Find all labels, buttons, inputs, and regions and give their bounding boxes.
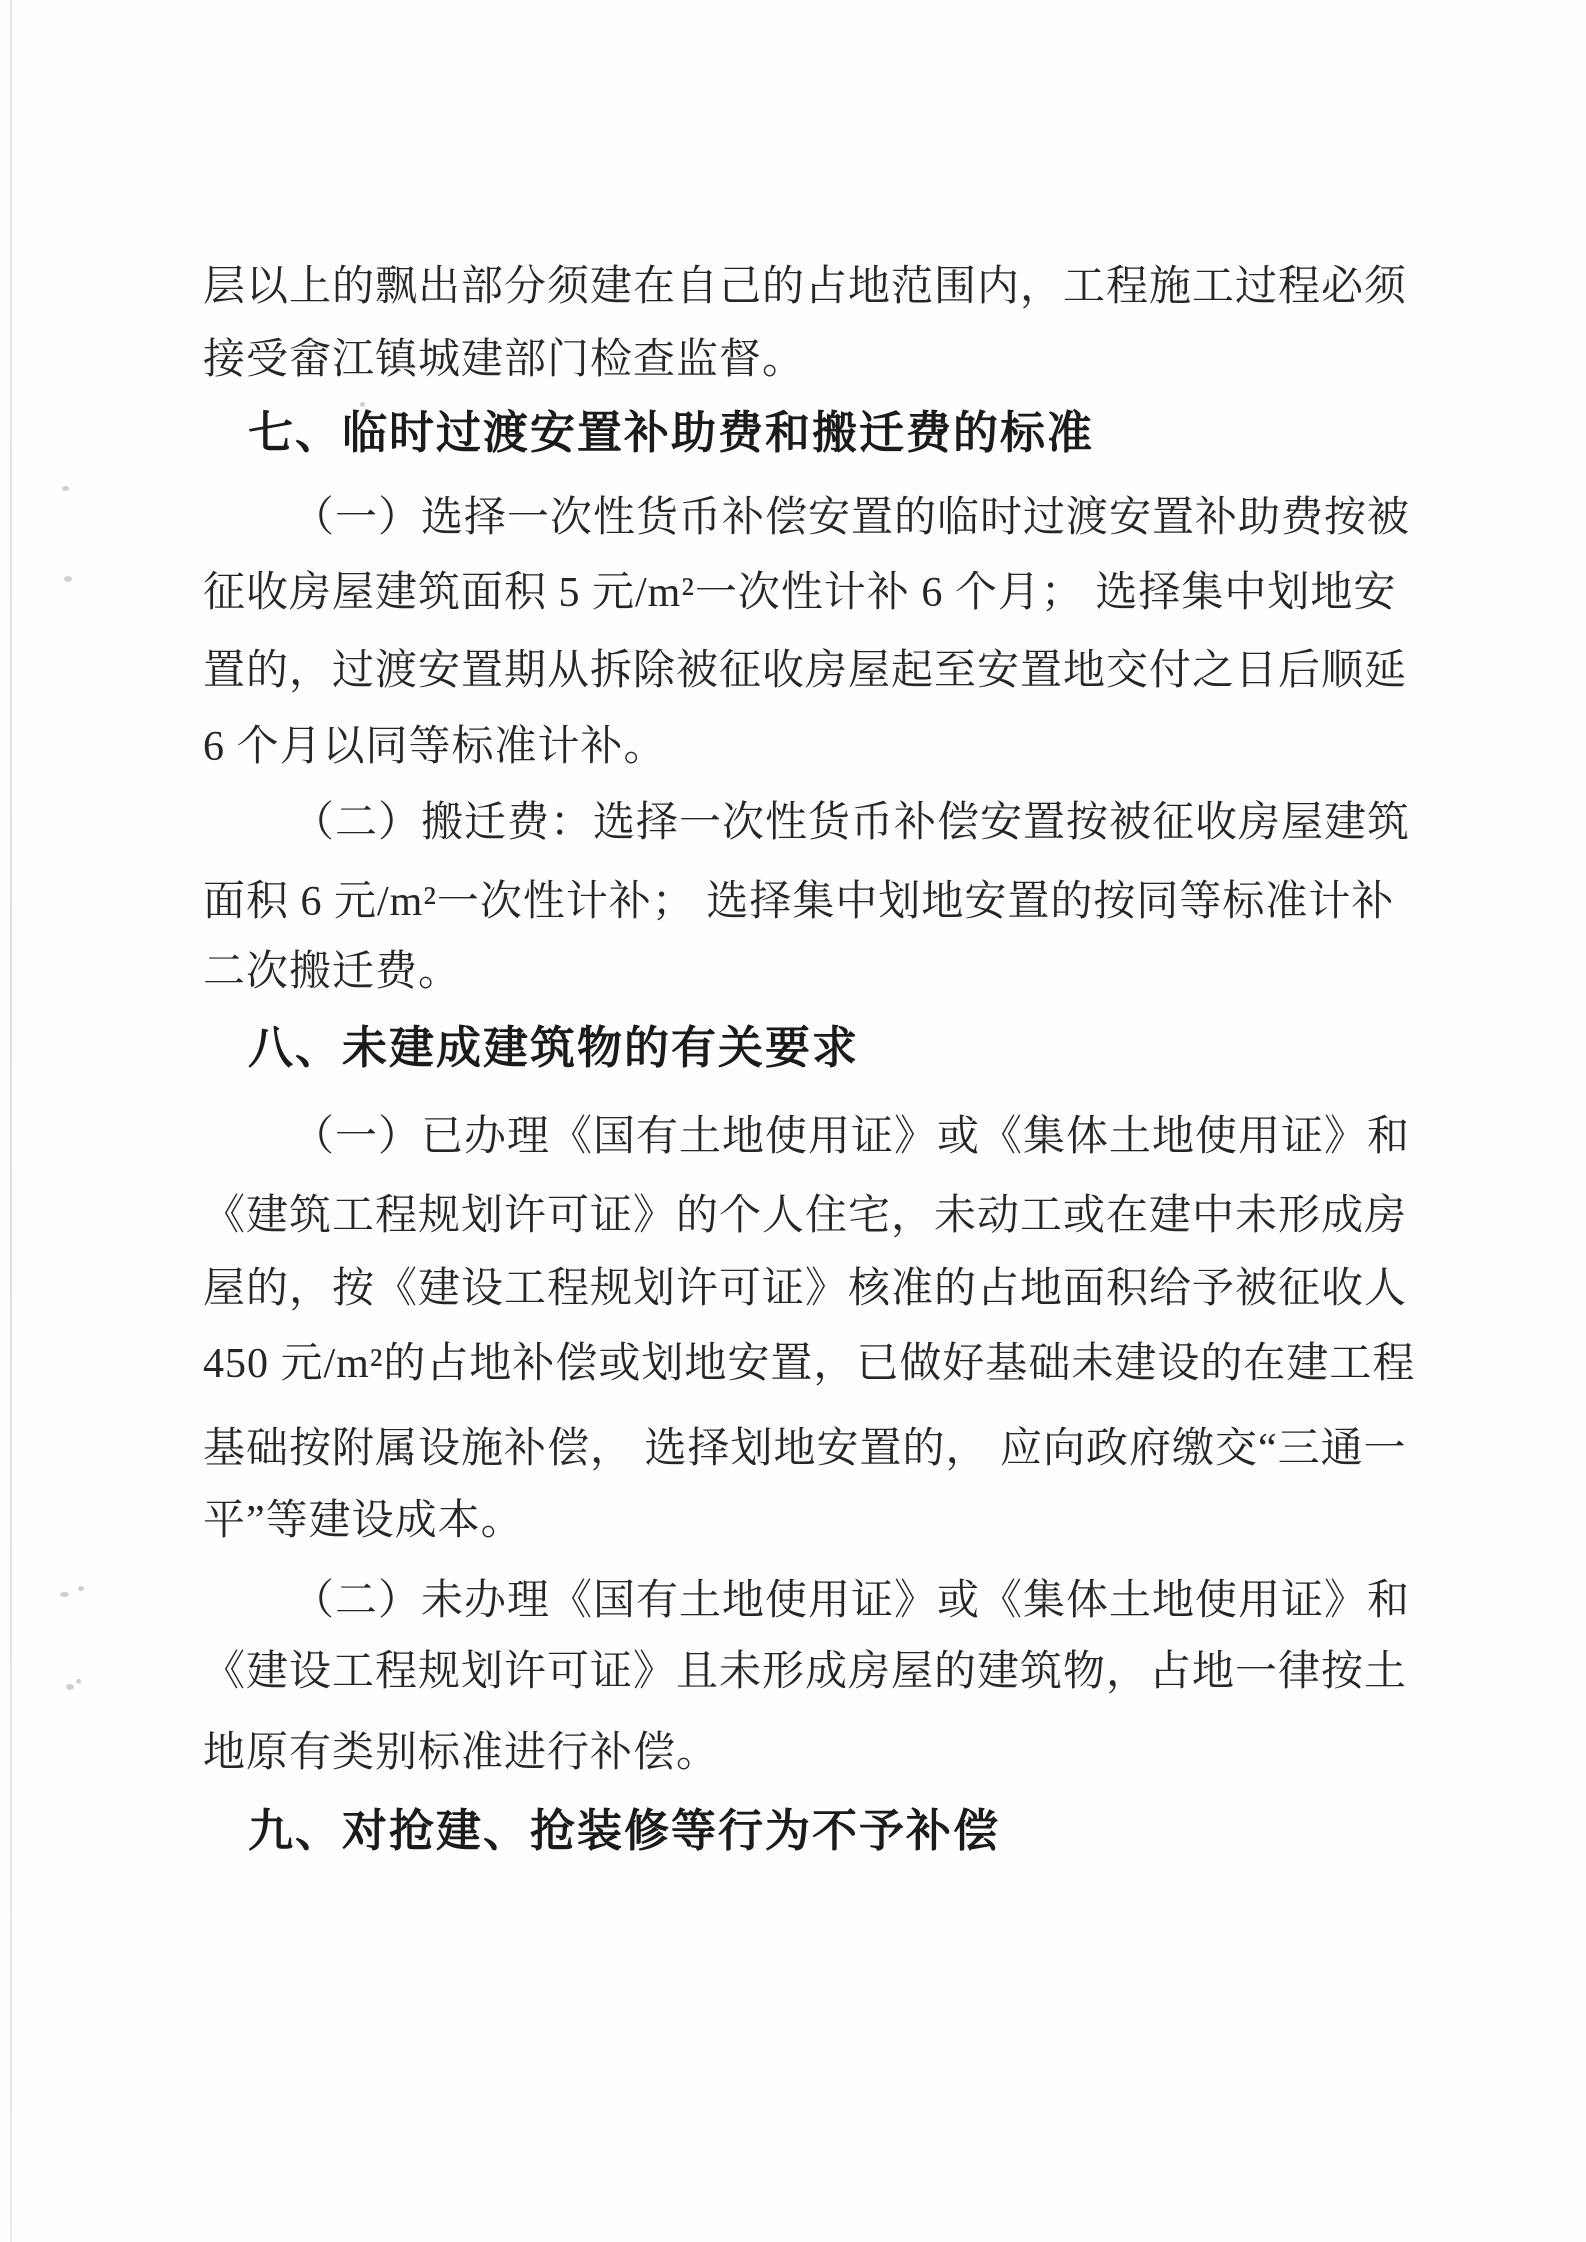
- text-line: 平”等建设成本。: [203, 1498, 524, 1544]
- text-line: 置的，过渡安置期从拆除被征收房屋起至安置地交付之日后顺延: [203, 648, 1407, 694]
- text-line: 地原有类别标准进行补偿。: [203, 1730, 719, 1776]
- text-line: 征收房屋建筑面积 5 元/m²一次性计补 6 个月； 选择集中划地安: [203, 570, 1396, 616]
- scan-speck: [60, 1592, 69, 1597]
- scan-speck: [64, 576, 72, 582]
- text-line: 《建筑工程规划许可证》的个人住宅，未动工或在建中未形成房: [203, 1193, 1407, 1239]
- text-line: 基础按附属设施补偿， 选择划地安置的， 应向政府缴交“三通一: [203, 1426, 1407, 1472]
- text-line: （一）选择一次性货币补偿安置的临时过渡安置补助费按被: [292, 495, 1410, 541]
- scan-speck: [62, 486, 69, 491]
- text-line: 接受畲江镇城建部门检查监督。: [203, 337, 805, 383]
- scanned-document-page: 层以上的飘出部分须建在自己的占地范围内，工程施工过程必须 接受畲江镇城建部门检查…: [0, 0, 1586, 2242]
- text-line: （二）未办理《国有土地使用证》或《集体土地使用证》和: [292, 1578, 1410, 1624]
- scan-speck: [76, 1679, 81, 1684]
- text-line: 6 个月以同等标准计补。: [203, 724, 667, 770]
- text-line: 《建设工程规划许可证》且未形成房屋的建筑物，占地一律按土: [203, 1649, 1407, 1695]
- scan-speck: [78, 1586, 84, 1591]
- text-line: 屋的，按《建设工程规划许可证》核准的占地面积给予被征收人: [203, 1266, 1407, 1312]
- text-line: （一）已办理《国有土地使用证》或《集体土地使用证》和: [292, 1114, 1410, 1160]
- section-heading-8: 八、未建成建筑物的有关要求: [248, 1025, 859, 1071]
- text-line: （二）搬迁费：选择一次性货币补偿安置按被征收房屋建筑: [292, 800, 1410, 846]
- section-heading-9: 九、对抢建、抢装修等行为不予补偿: [248, 1808, 1000, 1854]
- text-line: 层以上的飘出部分须建在自己的占地范围内，工程施工过程必须: [203, 264, 1407, 310]
- text-line: 450 元/m²的占地补偿或划地安置，已做好基础未建设的在建工程: [203, 1341, 1415, 1387]
- text-line: 二次搬迁费。: [203, 949, 461, 995]
- text-line: 面积 6 元/m²一次性计补； 选择集中划地安置的按同等标准计补: [203, 879, 1394, 925]
- scan-speck: [66, 1684, 74, 1690]
- section-heading-7: 七、临时过渡安置补助费和搬迁费的标准: [248, 410, 1094, 456]
- scan-edge-artifact: [10, 0, 12, 2242]
